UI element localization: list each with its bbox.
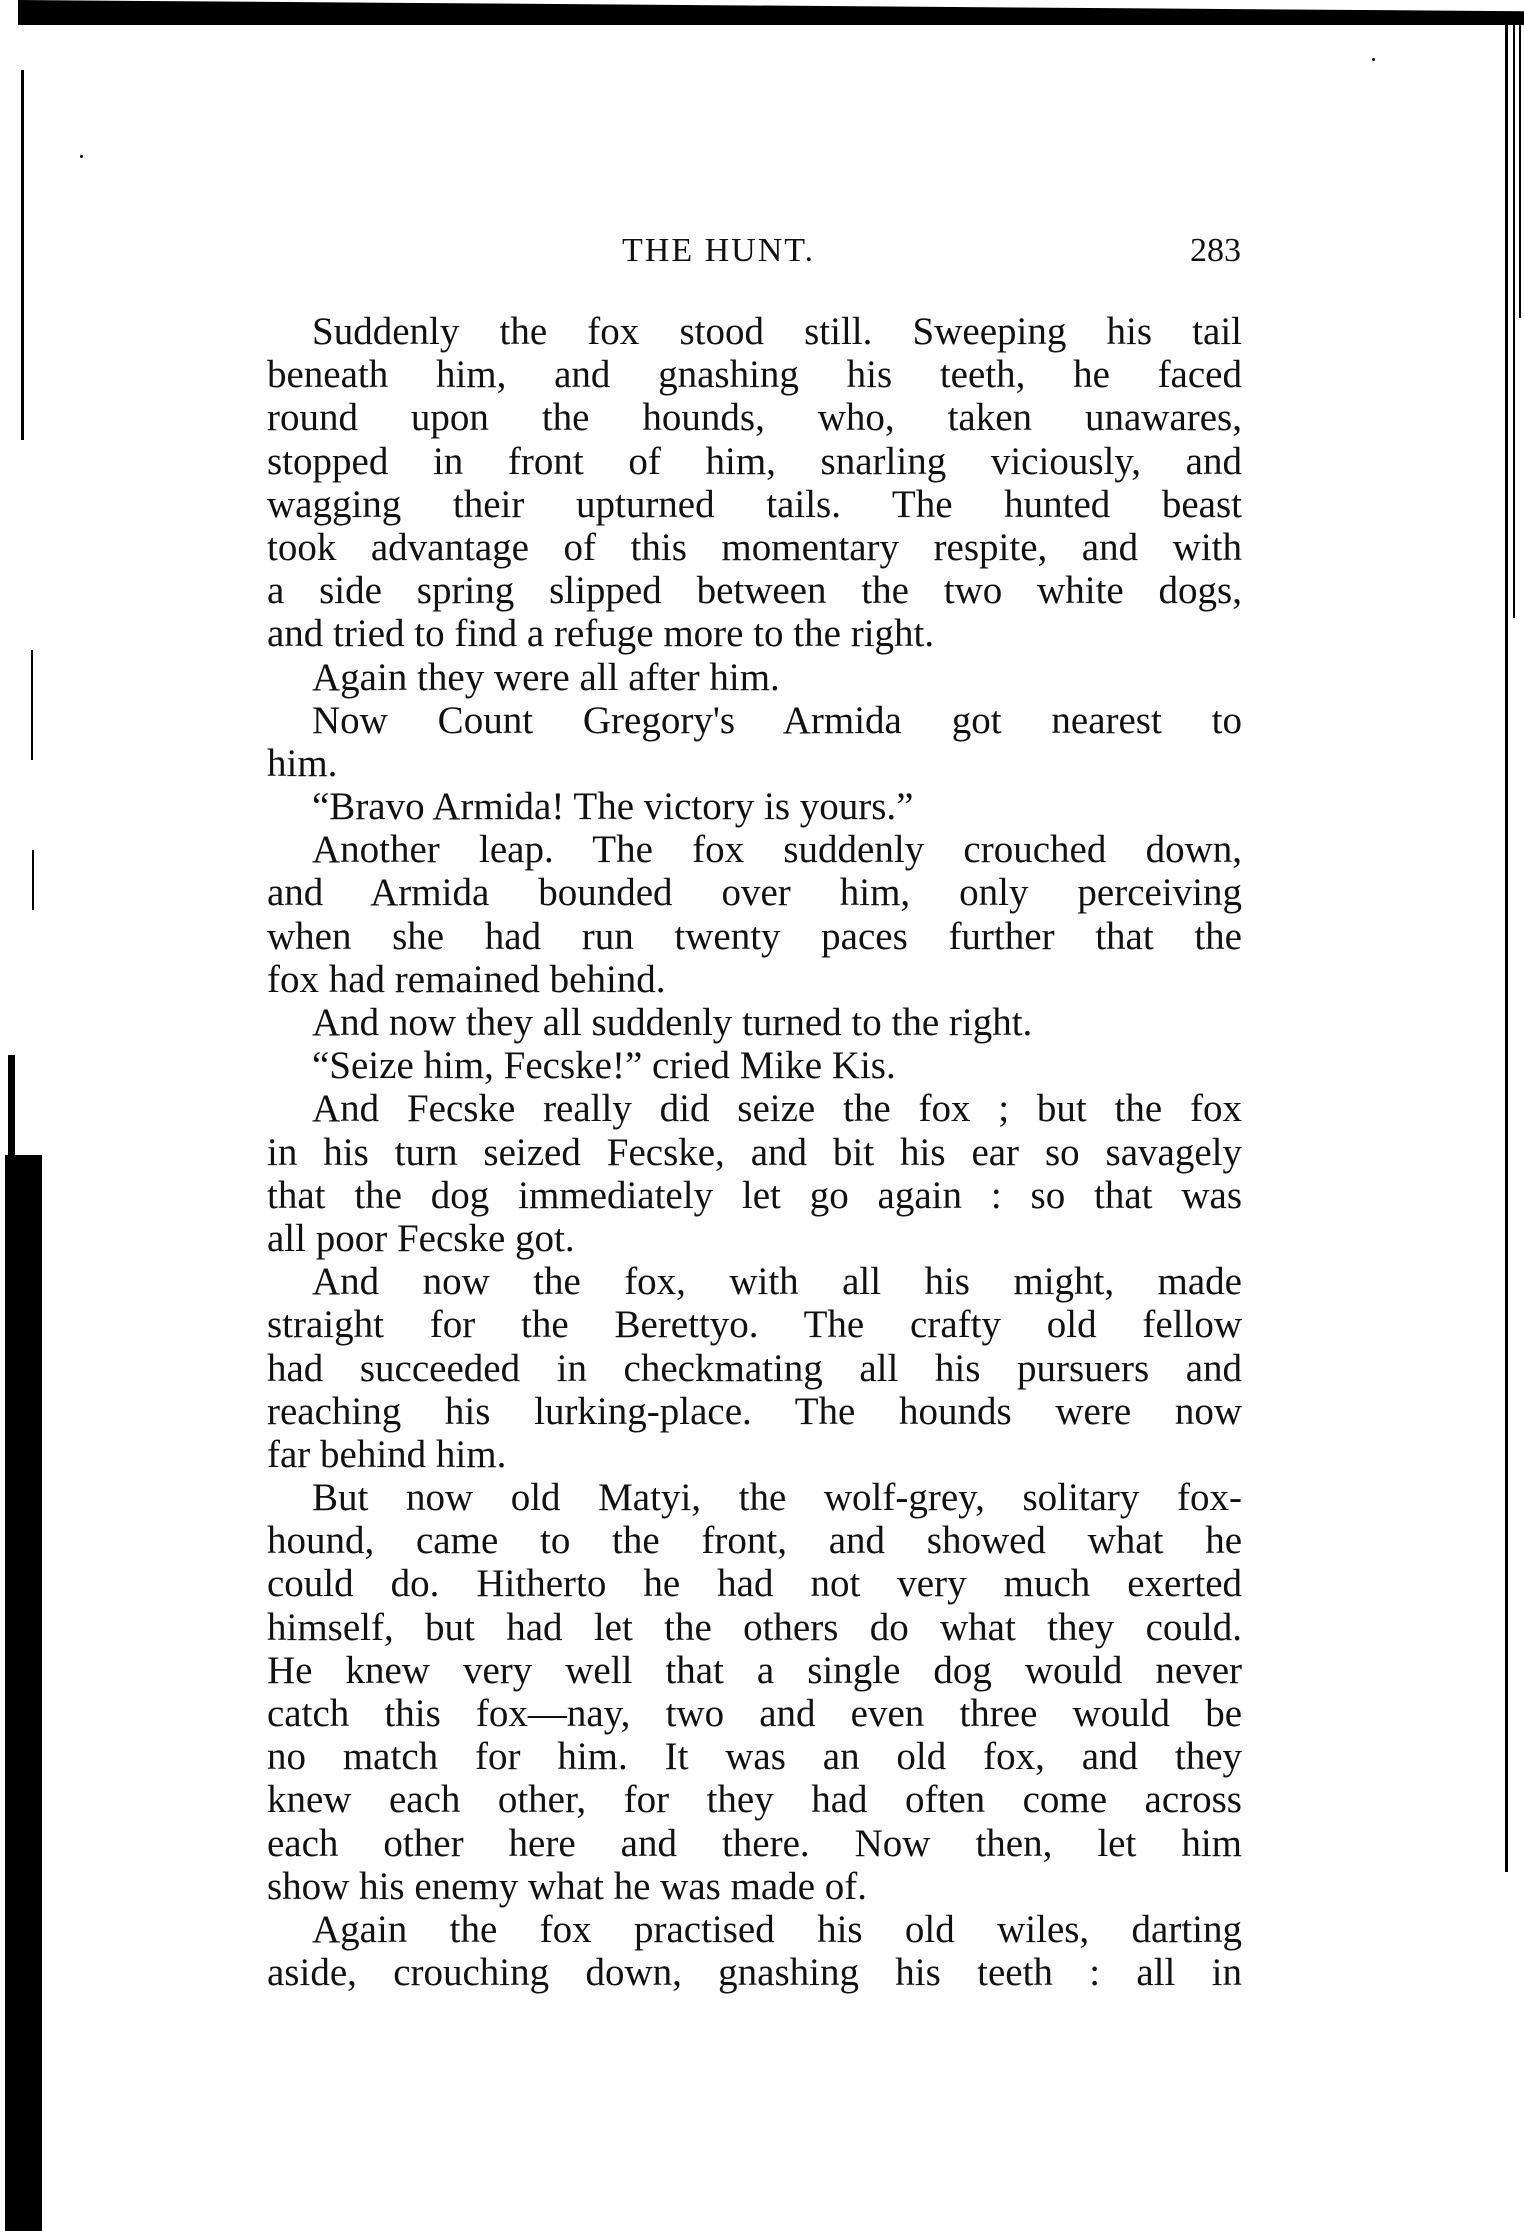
text-line: no match for him. It was an old fox, and… (267, 1735, 1242, 1778)
text-line: Again the fox practised his old wiles, d… (267, 1908, 1242, 1951)
text-line: catch this fox—nay, two and even three w… (267, 1692, 1242, 1735)
scan-left-binding-shadow (5, 1155, 42, 2231)
text-line: beneath him, and gnashing his teeth, he … (267, 353, 1242, 396)
scan-right-edge-line (1519, 18, 1521, 318)
text-line: himself, but had let the others do what … (267, 1606, 1242, 1649)
scan-speck (80, 155, 83, 158)
text-line: But now old Matyi, the wolf-grey, solita… (267, 1476, 1242, 1519)
text-line: Again they were all after him. (267, 656, 1242, 699)
text-line: in his turn seized Fecske, and bit his e… (267, 1131, 1242, 1174)
text-line: “Bravo Armida! The victory is yours.” (267, 785, 1242, 828)
text-line: hound, came to the front, and showed wha… (267, 1519, 1242, 1562)
text-line: took advantage of this momentary respite… (267, 526, 1242, 569)
running-title: THE HUNT. (622, 232, 815, 270)
text-line: a side spring slipped between the two wh… (267, 569, 1242, 612)
text-line: And Fecske really did seize the fox ; bu… (267, 1087, 1242, 1130)
text-line: Suddenly the fox stood still. Sweeping h… (267, 310, 1242, 353)
text-line: and Armida bounded over him, only percei… (267, 871, 1242, 914)
text-line: far behind him. (267, 1433, 1242, 1476)
text-line: round upon the hounds, who, taken unawar… (267, 396, 1242, 439)
scan-speck (1372, 58, 1375, 61)
text-line: wagging their upturned tails. The hunted… (267, 483, 1242, 526)
text-line: and tried to find a refuge more to the r… (267, 612, 1242, 655)
text-line: reaching his lurking-place. The hounds w… (267, 1390, 1242, 1433)
text-line: stopped in front of him, snarling viciou… (267, 440, 1242, 483)
scan-left-binding-shadow (8, 1055, 15, 1165)
scan-left-edge-line (32, 850, 34, 910)
text-line: show his enemy what he was made of. (267, 1865, 1242, 1908)
text-line: knew each other, for they had often come… (267, 1778, 1242, 1821)
text-line: all poor Fecske got. (267, 1217, 1242, 1260)
text-line: could do. Hitherto he had not very much … (267, 1562, 1242, 1605)
text-line: “Seize him, Fecske!” cried Mike Kis. (267, 1044, 1242, 1087)
text-line: And now the fox, with all his might, mad… (267, 1260, 1242, 1303)
text-line: that the dog immediately let go again : … (267, 1174, 1242, 1217)
page-number: 283 (1190, 232, 1241, 270)
text-line: aside, crouching down, gnashing his teet… (267, 1951, 1242, 1994)
text-line: And now they all suddenly turned to the … (267, 1001, 1242, 1044)
text-line: Now Count Gregory's Armida got nearest t… (267, 699, 1242, 742)
text-line: Another leap. The fox suddenly crouched … (267, 828, 1242, 871)
scan-top-edge-shadow (18, 0, 1524, 25)
text-line: straight for the Berettyo. The crafty ol… (267, 1303, 1242, 1346)
text-line: fox had remained behind. (267, 958, 1242, 1001)
body-text: Suddenly the fox stood still. Sweeping h… (267, 310, 1242, 1994)
page-header: THE HUNT. 283 (0, 232, 1524, 272)
text-line: him. (267, 742, 1242, 785)
scan-left-edge-line (31, 650, 33, 760)
scan-right-edge-line (1513, 18, 1515, 618)
text-line: had succeeded in checkmating all his pur… (267, 1347, 1242, 1390)
text-line: when she had run twenty paces further th… (267, 915, 1242, 958)
text-line: He knew very well that a single dog woul… (267, 1649, 1242, 1692)
text-line: each other here and there. Now then, let… (267, 1822, 1242, 1865)
scan-right-edge-line (1505, 22, 1508, 1872)
